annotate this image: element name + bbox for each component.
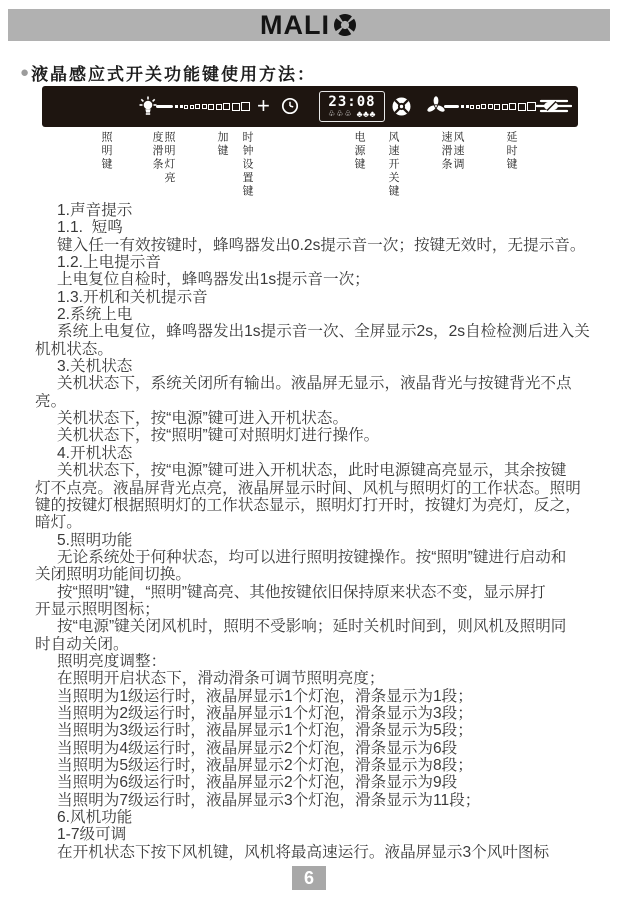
plus-key[interactable]: + (257, 93, 270, 119)
text-line: 按“照明”键，“照明”键高亮、其他按键依旧保持原来状态不变，显示屏打 (35, 584, 597, 601)
panel-key-label: 风速调速滑条 (440, 131, 464, 172)
text-line: 4.开机状态 (35, 445, 597, 462)
text-line: 关机状态下，系统关闭所有输出。液晶屏无显示，液晶背光与按键背光不点 (35, 375, 597, 392)
panel-key-label: 时钟设置键 (241, 131, 253, 206)
text-line: 键入任一有效按键时，蜂鸣器发出0.2s提示音一次；按键无效时，无提示音。 (35, 237, 597, 254)
panel-key-label: 照明键 (100, 131, 112, 206)
text-line: 无论系统处于何种状态，均可以进行照明按键操作。按“照明”键进行启动和 (35, 549, 597, 566)
brand-header: MALI (8, 9, 610, 41)
text-line: 1-7级可调 (35, 826, 597, 843)
lcd-fan-icons: ♧♧♧ (328, 110, 353, 118)
text-line: 关闭照明功能间切换。 (35, 566, 597, 583)
text-line: 5.照明功能 (35, 532, 597, 549)
slider-segment[interactable] (216, 104, 222, 110)
text-line: 系统上电复位，蜂鸣器发出1s提示音一次、全屏显示2s，2s自检检测后进入关 (35, 323, 597, 340)
lcd-bulb-icons: ♣♣♣ (357, 110, 376, 118)
text-line: 时自动关闭。 (35, 636, 597, 653)
text-line: 1.2.上电提示音 (35, 254, 597, 271)
text-line: 2.系统上电 (35, 306, 597, 323)
brand-logo: MALI (260, 12, 358, 39)
text-line: 当照明为2级运行时，液晶屏显示1个灯泡，滑条显示为3段； (35, 705, 597, 722)
text-line: 在照明开启状态下，滑动滑条可调节照明亮度； (35, 670, 597, 687)
slider-segment[interactable] (208, 104, 214, 110)
slider-segment[interactable] (481, 104, 486, 109)
text-line: 关机状态下，按“电源”键可进入开机状态，此时电源键高亮显示，其余按键 (35, 462, 597, 479)
slider-segment[interactable] (518, 103, 526, 111)
text-line: 在开机状态下按下风机键，风机将最高速运行。液晶屏显示3个风叶图标 (35, 844, 597, 861)
panel-key-label: 风速开关键 (387, 131, 399, 206)
text-line: 1.1. 短鸣 (35, 219, 597, 236)
text-line: 当照明为5级运行时，液晶屏显示2个灯泡，滑条显示为8段； (35, 757, 597, 774)
text-line: 当照明为4级运行时，液晶屏显示2个灯泡，滑条显示为6段 (35, 740, 597, 757)
lcd-time: 23:08 (328, 95, 375, 109)
panel-key-label: 电源键 (353, 131, 365, 206)
slider-segment[interactable] (461, 105, 464, 108)
text-line: 当照明为6级运行时，液晶屏显示2个灯泡，滑条显示为9段 (35, 774, 597, 791)
text-line: 照明亮度调整： (35, 653, 597, 670)
slider-segment[interactable] (494, 104, 500, 110)
bullet-icon: ● (20, 65, 29, 80)
panel-key-label: 照明灯亮度滑条 (151, 131, 175, 186)
light-key-icon[interactable] (138, 96, 158, 117)
text-line: 3.关机状态 (35, 358, 597, 375)
slider-segment[interactable] (241, 102, 250, 111)
slider-segment[interactable] (232, 103, 240, 111)
text-line: 键的按键灯根据照明灯的工作状态显示，照明灯打开时，按键灯为亮灯，反之， (35, 497, 597, 514)
fan-slider-track-dash (444, 105, 459, 108)
panel-key-label: 加键 (216, 131, 228, 206)
text-line: 暗灯。 (35, 514, 597, 531)
text-line: 6.风机功能 (35, 809, 597, 826)
slider-segment[interactable] (175, 105, 178, 108)
control-panel: + 23:08 ♧♧♧ ♣♣♣ (42, 86, 578, 127)
slider-segment[interactable] (509, 103, 516, 110)
text-line: 当照明为7级运行时，液晶屏显示3个灯泡，滑条显示为11段； (35, 792, 597, 809)
page-number-badge: 6 (292, 866, 326, 890)
fan-key-icon[interactable] (426, 96, 446, 116)
slider-segment[interactable] (476, 105, 480, 109)
text-line: 关机状态下，按“照明”键可对照明灯进行操作。 (35, 427, 597, 444)
manual-page: MALI ● 液晶感应式开关功能键使用方法： (0, 0, 618, 908)
text-line: 上电复位自检时，蜂鸣器发出1s提示音一次； (35, 271, 597, 288)
text-line: 1.3.开机和关机提示音 (35, 289, 597, 306)
fan-speed-slider[interactable] (461, 86, 538, 127)
text-line: 关机状态下，按“电源”键可进入开机状态。 (35, 410, 597, 427)
delay-key-icon[interactable] (536, 98, 572, 114)
slider-segment[interactable] (488, 104, 493, 109)
clock-set-key-icon[interactable] (281, 97, 299, 115)
slider-segment[interactable] (466, 105, 469, 108)
text-line: 灯不点亮。液晶屏背光点亮，液晶屏显示时间、风机与照明灯的工作状态。照明 (35, 480, 597, 497)
text-line: 开显示照明图标； (35, 601, 597, 618)
text-line: 按“电源”键关闭风机时，照明不受影响；延时关机时间到，则风机及照明同 (35, 618, 597, 635)
brightness-slider[interactable] (175, 86, 252, 127)
section-heading-text: 液晶感应式开关功能键使用方法： (31, 60, 316, 85)
brand-text: MALI (260, 12, 330, 39)
slider-segment[interactable] (184, 105, 188, 109)
slider-segment[interactable] (527, 102, 536, 111)
brand-o-mark-icon (332, 12, 358, 38)
slider-segment[interactable] (180, 105, 183, 108)
slider-segment[interactable] (470, 105, 474, 109)
lcd-display: 23:08 ♧♧♧ ♣♣♣ (319, 91, 385, 122)
power-key-icon[interactable] (392, 97, 411, 116)
text-line: 当照明为3级运行时，液晶屏显示1个灯泡，滑条显示为5段； (35, 722, 597, 739)
instructions-text: 1.声音提示1.1. 短鸣键入任一有效按键时，蜂鸣器发出0.2s提示音一次；按键… (35, 202, 597, 861)
text-line: 当照明为1级运行时，液晶屏显示1个灯泡，滑条显示为1段； (35, 688, 597, 705)
section-heading: ● 液晶感应式开关功能键使用方法： (20, 60, 316, 85)
text-line: 1.声音提示 (35, 202, 597, 219)
slider-segment[interactable] (190, 105, 194, 109)
text-line: 机机状态。 (35, 341, 597, 358)
text-line: 亮。 (35, 393, 597, 410)
slider-segment[interactable] (202, 104, 207, 109)
slider-segment[interactable] (223, 103, 230, 110)
slider-segment[interactable] (195, 104, 200, 109)
slider-segment[interactable] (502, 104, 508, 110)
brightness-slider-track-dash (156, 105, 173, 108)
panel-key-label: 延时键 (505, 131, 517, 206)
